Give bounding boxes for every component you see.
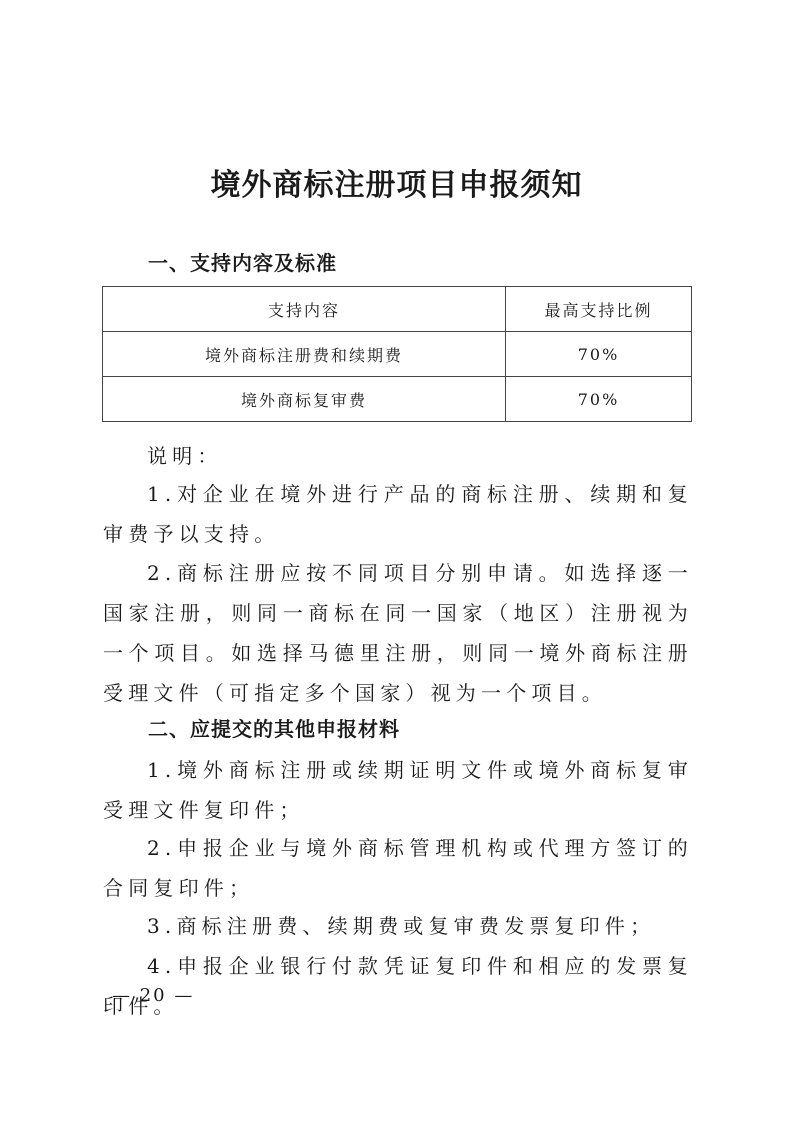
table-cell: 境外商标注册费和续期费	[103, 332, 506, 377]
table-cell: 境外商标复审费	[103, 377, 506, 422]
document-title: 境外商标注册项目申报须知	[0, 160, 793, 204]
material-item: 1.境外商标注册或续期证明文件或境外商标复审受理文件复印件；	[103, 750, 693, 830]
support-table: 支持内容 最高支持比例 境外商标注册费和续期费 70% 境外商标复审费 70%	[102, 286, 692, 422]
note-paragraph: 2.商标注册应按不同项目分别申请。如选择逐一国家注册，则同一商标在同一国家（地区…	[103, 553, 693, 713]
table-header-ratio: 最高支持比例	[506, 287, 692, 332]
table-row: 境外商标复审费 70%	[103, 377, 692, 422]
table-header-content: 支持内容	[103, 287, 506, 332]
table-cell: 70%	[506, 332, 692, 377]
notes-label: 说明：	[103, 436, 693, 476]
note-paragraph: 1.对企业在境外进行产品的商标注册、续期和复审费予以支持。	[103, 474, 693, 554]
table-row: 境外商标注册费和续期费 70%	[103, 332, 692, 377]
material-item: 3.商标注册费、续期费或复审费发票复印件；	[103, 906, 693, 946]
table-cell: 70%	[506, 377, 692, 422]
material-item: 2.申报企业与境外商标管理机构或代理方签订的合同复印件；	[103, 828, 693, 908]
page-number: — 20 —	[112, 985, 194, 1006]
section-1-heading: 一、支持内容及标准	[148, 247, 337, 276]
table-header-row: 支持内容 最高支持比例	[103, 287, 692, 332]
section-2-heading: 二、应提交的其他申报材料	[148, 713, 400, 742]
